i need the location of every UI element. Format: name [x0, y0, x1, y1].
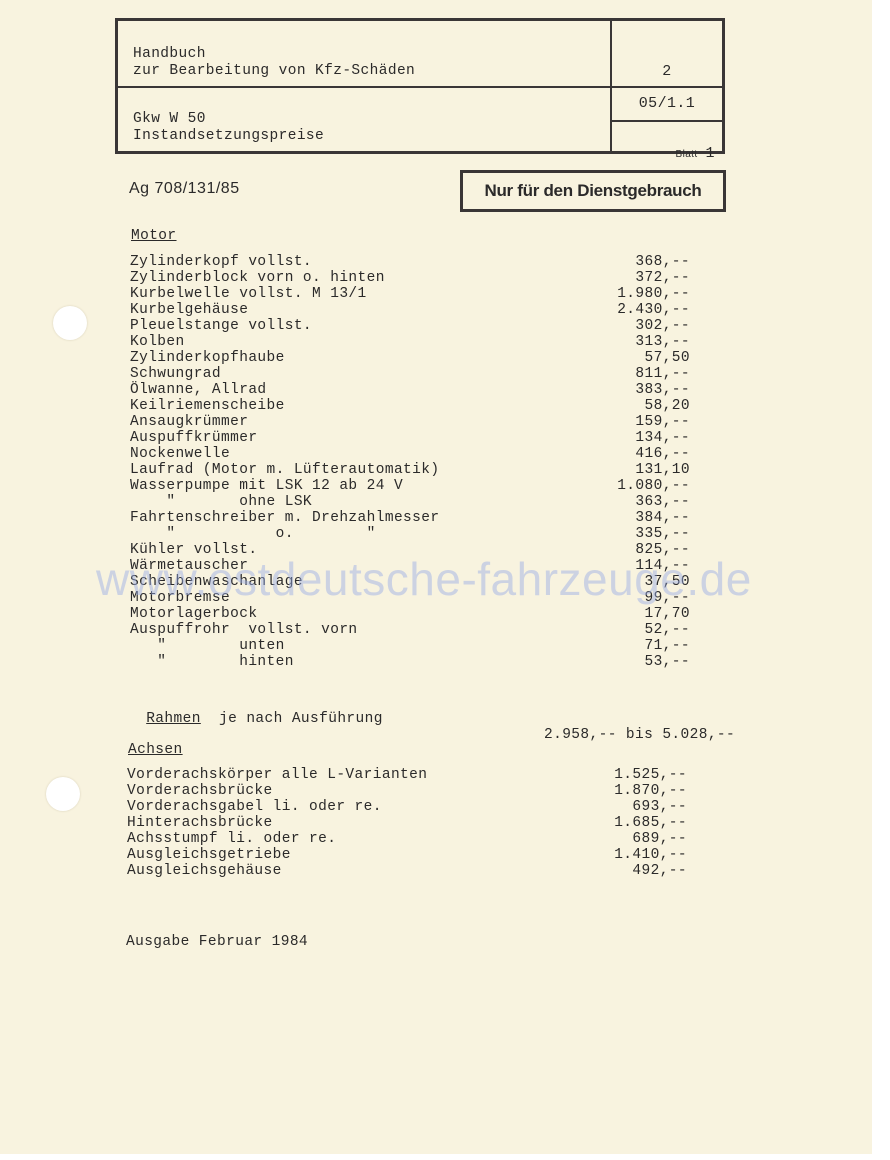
sheet-number: 1: [706, 145, 715, 162]
item-name: Keilriemenscheibe: [130, 398, 285, 414]
frame-price-range: 2.958,-- bis 5.028,--: [544, 727, 735, 743]
sheet-cell: Blatt1: [612, 122, 722, 154]
list-item: Zylinderkopf vollst.368,--: [130, 254, 439, 270]
item-name: " unten: [130, 638, 285, 654]
list-item: Auspuffrohr vollst. vorn52,--: [130, 622, 439, 638]
list-item: Kurbelwelle vollst. M 13/11.980,--: [130, 286, 439, 302]
doc-code-cell: 05/1.1: [612, 88, 722, 122]
item-name: Zylinderkopfhaube: [130, 350, 285, 366]
edition-footer: Ausgabe Februar 1984: [126, 934, 308, 950]
item-price: 1.080,--: [560, 478, 690, 494]
item-price: 134,--: [560, 430, 690, 446]
section-number-cell: 2: [612, 21, 722, 88]
list-item: Zylinderkopfhaube57,50: [130, 350, 439, 366]
item-price: 368,--: [560, 254, 690, 270]
item-name: Kurbelgehäuse: [130, 302, 248, 318]
item-name: Auspuffrohr vollst. vorn: [130, 622, 358, 638]
punch-hole: [46, 777, 80, 811]
handbook-title-line1: Handbuch: [133, 46, 206, 63]
reference-number: Ag 708/131/85: [129, 180, 240, 198]
item-name: Wasserpumpe mit LSK 12 ab 24 V: [130, 478, 403, 494]
list-item: Vorderachskörper alle L-Varianten1.525,-…: [127, 767, 427, 783]
item-price: 693,--: [557, 799, 687, 815]
item-price: 363,--: [560, 494, 690, 510]
item-price: 384,--: [560, 510, 690, 526]
doc-code: 05/1.1: [612, 95, 722, 112]
item-name: Hinterachsbrücke: [127, 815, 273, 831]
list-item: Ölwanne, Allrad383,--: [130, 382, 439, 398]
subject-cell: Gkw W 50 Instandsetzungspreise: [118, 88, 612, 154]
item-name: Auspuffkrümmer: [130, 430, 257, 446]
list-item: Ausgleichsgehäuse492,--: [127, 863, 427, 879]
list-item: Ausgleichsgetriebe1.410,--: [127, 847, 427, 863]
item-price: 492,--: [557, 863, 687, 879]
list-item: Ansaugkrümmer159,--: [130, 414, 439, 430]
item-name: Vorderachsbrücke: [127, 783, 273, 799]
watermark: www.ostdeutsche-fahrzeuge.de: [96, 552, 752, 606]
document-header-box: Handbuch zur Bearbeitung von Kfz-Schäden…: [115, 18, 725, 154]
item-price: 335,--: [560, 526, 690, 542]
list-item: Vorderachsgabel li. oder re.693,--: [127, 799, 427, 815]
item-name: Ausgleichsgetriebe: [127, 847, 291, 863]
list-item: Zylinderblock vorn o. hinten372,--: [130, 270, 439, 286]
item-price: 53,--: [560, 654, 690, 670]
item-price: 1.870,--: [557, 783, 687, 799]
vehicle-name: Gkw W 50: [133, 111, 206, 128]
section-title-frame: Rahmen: [146, 711, 201, 727]
item-price: 131,10: [560, 462, 690, 478]
item-name: Ansaugkrümmer: [130, 414, 248, 430]
list-item: Auspuffkrümmer134,--: [130, 430, 439, 446]
subject-title: Instandsetzungspreise: [133, 128, 324, 145]
list-item: Schwungrad811,--: [130, 366, 439, 382]
item-name: Pleuelstange vollst.: [130, 318, 312, 334]
list-item: Achsstumpf li. oder re.689,--: [127, 831, 427, 847]
motor-price-list: Zylinderkopf vollst.368,-- Zylinderblock…: [130, 254, 439, 670]
item-price: 2.430,--: [560, 302, 690, 318]
item-price: 71,--: [560, 638, 690, 654]
item-price: 313,--: [560, 334, 690, 350]
item-name: Achsstumpf li. oder re.: [127, 831, 336, 847]
list-item: Kurbelgehäuse2.430,--: [130, 302, 439, 318]
item-price: 159,--: [560, 414, 690, 430]
frame-note: je nach Ausführung: [219, 711, 383, 727]
item-price: 811,--: [560, 366, 690, 382]
sheet-label: Blatt: [676, 149, 698, 160]
item-name: " o. ": [130, 526, 376, 542]
item-price: 383,--: [560, 382, 690, 398]
item-name: Zylinderblock vorn o. hinten: [130, 270, 385, 286]
handbook-title-line2: zur Bearbeitung von Kfz-Schäden: [133, 63, 415, 80]
item-price: 1.685,--: [557, 815, 687, 831]
item-name: Kurbelwelle vollst. M 13/1: [130, 286, 367, 302]
item-name: Vorderachsgabel li. oder re.: [127, 799, 382, 815]
axles-price-list: Vorderachskörper alle L-Varianten1.525,-…: [127, 767, 427, 879]
list-item: Keilriemenscheibe58,20: [130, 398, 439, 414]
item-name: Vorderachskörper alle L-Varianten: [127, 767, 427, 783]
list-item: " unten71,--: [130, 638, 439, 654]
item-price: 58,20: [560, 398, 690, 414]
item-name: Kolben: [130, 334, 185, 350]
item-price: 1.525,--: [557, 767, 687, 783]
item-name: Nockenwelle: [130, 446, 230, 462]
item-name: Zylinderkopf vollst.: [130, 254, 312, 270]
page-edge-bottom: [0, 1154, 890, 1160]
list-item: " hinten53,--: [130, 654, 439, 670]
item-name: Laufrad (Motor m. Lüfterautomatik): [130, 462, 439, 478]
list-item: Motorlagerbock17,70: [130, 606, 439, 622]
list-item: Pleuelstange vollst.302,--: [130, 318, 439, 334]
item-price: 1.410,--: [557, 847, 687, 863]
list-item: Nockenwelle416,--: [130, 446, 439, 462]
item-name: " ohne LSK: [130, 494, 312, 510]
section-title-axles: Achsen: [128, 742, 183, 758]
handbook-title-cell: Handbuch zur Bearbeitung von Kfz-Schäden: [118, 21, 612, 88]
item-price: 1.980,--: [560, 286, 690, 302]
list-item: " o. "335,--: [130, 526, 439, 542]
item-price: 416,--: [560, 446, 690, 462]
page-edge: [872, 0, 890, 1160]
section-title-motor: Motor: [131, 228, 177, 244]
list-item: " ohne LSK363,--: [130, 494, 439, 510]
list-item: Laufrad (Motor m. Lüfterautomatik)131,10: [130, 462, 439, 478]
list-item: Wasserpumpe mit LSK 12 ab 24 V1.080,--: [130, 478, 439, 494]
item-name: Ölwanne, Allrad: [130, 382, 267, 398]
item-price: 302,--: [560, 318, 690, 334]
list-item: Fahrtenschreiber m. Drehzahlmesser384,--: [130, 510, 439, 526]
section-number: 2: [612, 63, 722, 80]
item-name: Schwungrad: [130, 366, 221, 382]
frame-price-row: Rahmen je nach Ausführung 2.958,-- bis 5…: [128, 695, 768, 743]
list-item: Kolben313,--: [130, 334, 439, 350]
list-item: Vorderachsbrücke1.870,--: [127, 783, 427, 799]
item-price: 57,50: [560, 350, 690, 366]
item-name: Ausgleichsgehäuse: [127, 863, 282, 879]
list-item: Hinterachsbrücke1.685,--: [127, 815, 427, 831]
item-price: 372,--: [560, 270, 690, 286]
punch-hole: [53, 306, 87, 340]
item-name: " hinten: [130, 654, 294, 670]
item-name: Fahrtenschreiber m. Drehzahlmesser: [130, 510, 439, 526]
item-name: Motorlagerbock: [130, 606, 257, 622]
item-price: 52,--: [560, 622, 690, 638]
classification-stamp: Nur für den Dienstgebrauch: [460, 170, 726, 212]
item-price: 17,70: [560, 606, 690, 622]
item-price: 689,--: [557, 831, 687, 847]
